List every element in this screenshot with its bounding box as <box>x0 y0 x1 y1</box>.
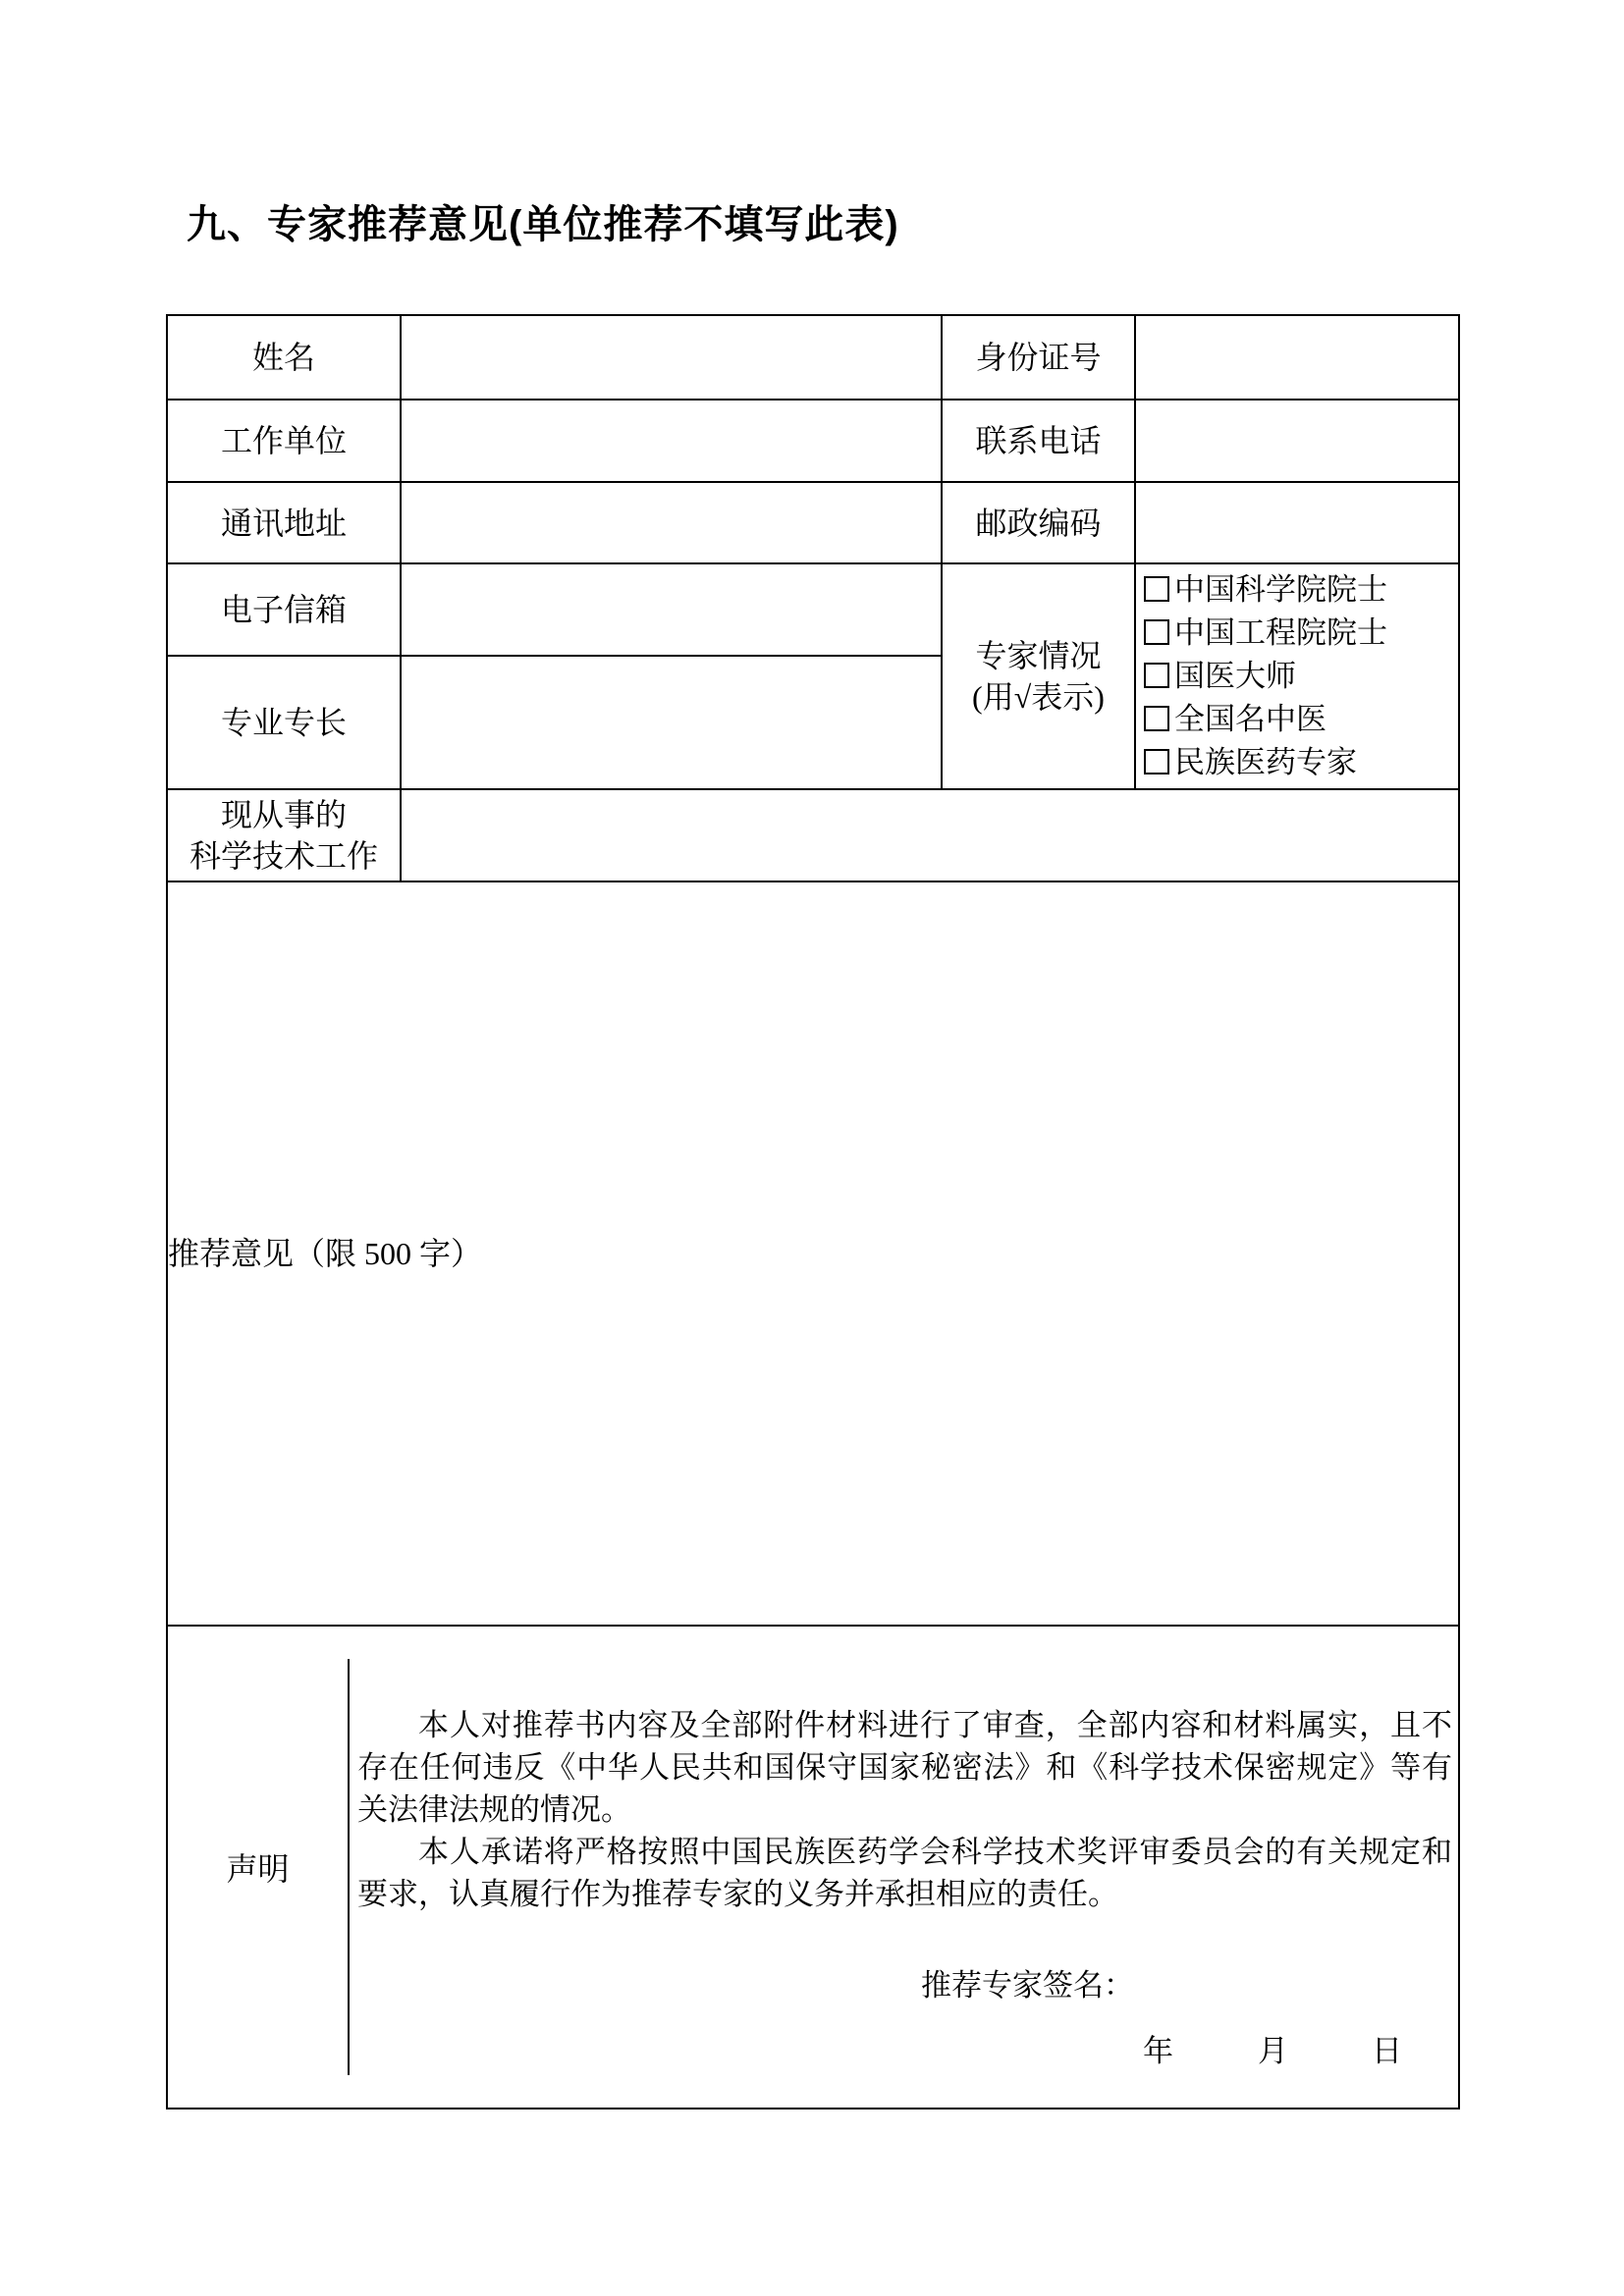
work-unit-value-field[interactable] <box>401 400 942 482</box>
checkbox-icon[interactable] <box>1144 576 1169 602</box>
current-work-label-line2: 科学技术工作 <box>168 835 400 877</box>
email-label: 电子信箱 <box>167 563 401 656</box>
specialty-value-field[interactable] <box>401 656 942 789</box>
date-year-label: 年 <box>1143 2030 1173 2072</box>
id-number-value-field[interactable] <box>1135 315 1459 400</box>
specialty-label: 专业专长 <box>167 656 401 789</box>
list-item: 中国科学院院士 <box>1144 568 1458 612</box>
work-unit-label: 工作单位 <box>167 400 401 482</box>
table-row: 推荐意见（限 500 字） <box>167 881 1459 1626</box>
statement-paragraph-2: 本人承诺将严格按照中国民族医药学会科学技术奖评审委员会的有关规定和要求，认真履行… <box>357 1831 1452 1915</box>
list-item: 中国工程院院士 <box>1144 612 1458 655</box>
table-row: 姓名 身份证号 <box>167 315 1459 400</box>
address-label: 通讯地址 <box>167 482 401 563</box>
checkbox-icon[interactable] <box>1144 706 1169 731</box>
list-item: 民族医药专家 <box>1144 741 1458 784</box>
checkbox-icon[interactable] <box>1144 619 1169 645</box>
expert-status-label: 专家情况 (用√表示) <box>942 563 1135 789</box>
checkbox-option-label: 国医大师 <box>1174 659 1296 693</box>
id-number-label: 身份证号 <box>942 315 1135 400</box>
checkbox-option-label: 中国工程院院士 <box>1174 615 1387 650</box>
table-row: 现从事的 科学技术工作 <box>167 789 1459 881</box>
current-work-label: 现从事的 科学技术工作 <box>167 789 401 881</box>
form-page: 九、专家推荐意见(单位推荐不填写此表) 姓名 身份证号 工作单位 联系电话 通讯… <box>0 0 1624 2296</box>
list-item: 国医大师 <box>1144 655 1458 698</box>
name-value-field[interactable] <box>401 315 942 400</box>
checkbox-option-label: 全国名中医 <box>1174 702 1326 736</box>
date-line: 年 月 日 <box>357 2030 1452 2075</box>
list-item: 全国名中医 <box>1144 698 1458 741</box>
phone-label: 联系电话 <box>942 400 1135 482</box>
address-value-field[interactable] <box>401 482 942 563</box>
name-label: 姓名 <box>167 315 401 400</box>
email-value-field[interactable] <box>401 563 942 656</box>
current-work-label-line1: 现从事的 <box>168 794 400 835</box>
expert-status-label-line2: (用√表示) <box>943 676 1134 718</box>
phone-value-field[interactable] <box>1135 400 1459 482</box>
statement-paragraph-1: 本人对推荐书内容及全部附件材料进行了审查，全部内容和材料属实，且不存在任何违反《… <box>357 1704 1452 1831</box>
table-row: 电子信箱 专家情况 (用√表示) 中国科学院院士 中国工程院院士 国医大师 全国… <box>167 563 1459 656</box>
current-work-value-field[interactable] <box>401 789 1459 881</box>
statement-section: 声明 本人对推荐书内容及全部附件材料进行了审查，全部内容和材料属实，且不存在任何… <box>168 1659 1458 2075</box>
page-title: 九、专家推荐意见(单位推荐不填写此表) <box>187 201 899 248</box>
statement-cell: 声明 本人对推荐书内容及全部附件材料进行了审查，全部内容和材料属实，且不存在任何… <box>167 1626 1459 2109</box>
expert-status-options-cell: 中国科学院院士 中国工程院院士 国医大师 全国名中医 民族医药专家 <box>1135 563 1459 789</box>
checkbox-option-label: 民族医药专家 <box>1174 745 1357 779</box>
expert-signature-label: 推荐专家签名： <box>357 1964 1452 2006</box>
date-month-label: 月 <box>1258 2030 1288 2072</box>
checkbox-option-label: 中国科学院院士 <box>1174 572 1387 607</box>
expert-status-label-line1: 专家情况 <box>943 635 1134 676</box>
expert-recommendation-table: 姓名 身份证号 工作单位 联系电话 通讯地址 邮政编码 电子信箱 专家情况 (用… <box>166 314 1460 2109</box>
table-row: 通讯地址 邮政编码 <box>167 482 1459 563</box>
table-row: 工作单位 联系电话 <box>167 400 1459 482</box>
postcode-value-field[interactable] <box>1135 482 1459 563</box>
expert-status-checkbox-list: 中国科学院院士 中国工程院院士 国医大师 全国名中医 民族医药专家 <box>1136 564 1458 788</box>
statement-label: 声明 <box>168 1659 350 2075</box>
recommendation-label: 推荐意见（限 500 字） <box>168 1236 482 1271</box>
checkbox-icon[interactable] <box>1144 663 1169 688</box>
date-day-label: 日 <box>1372 2030 1402 2072</box>
table-row: 声明 本人对推荐书内容及全部附件材料进行了审查，全部内容和材料属实，且不存在任何… <box>167 1626 1459 2109</box>
postcode-label: 邮政编码 <box>942 482 1135 563</box>
statement-content: 本人对推荐书内容及全部附件材料进行了审查，全部内容和材料属实，且不存在任何违反《… <box>350 1659 1458 2075</box>
checkbox-icon[interactable] <box>1144 749 1169 774</box>
recommendation-cell[interactable]: 推荐意见（限 500 字） <box>167 881 1459 1626</box>
